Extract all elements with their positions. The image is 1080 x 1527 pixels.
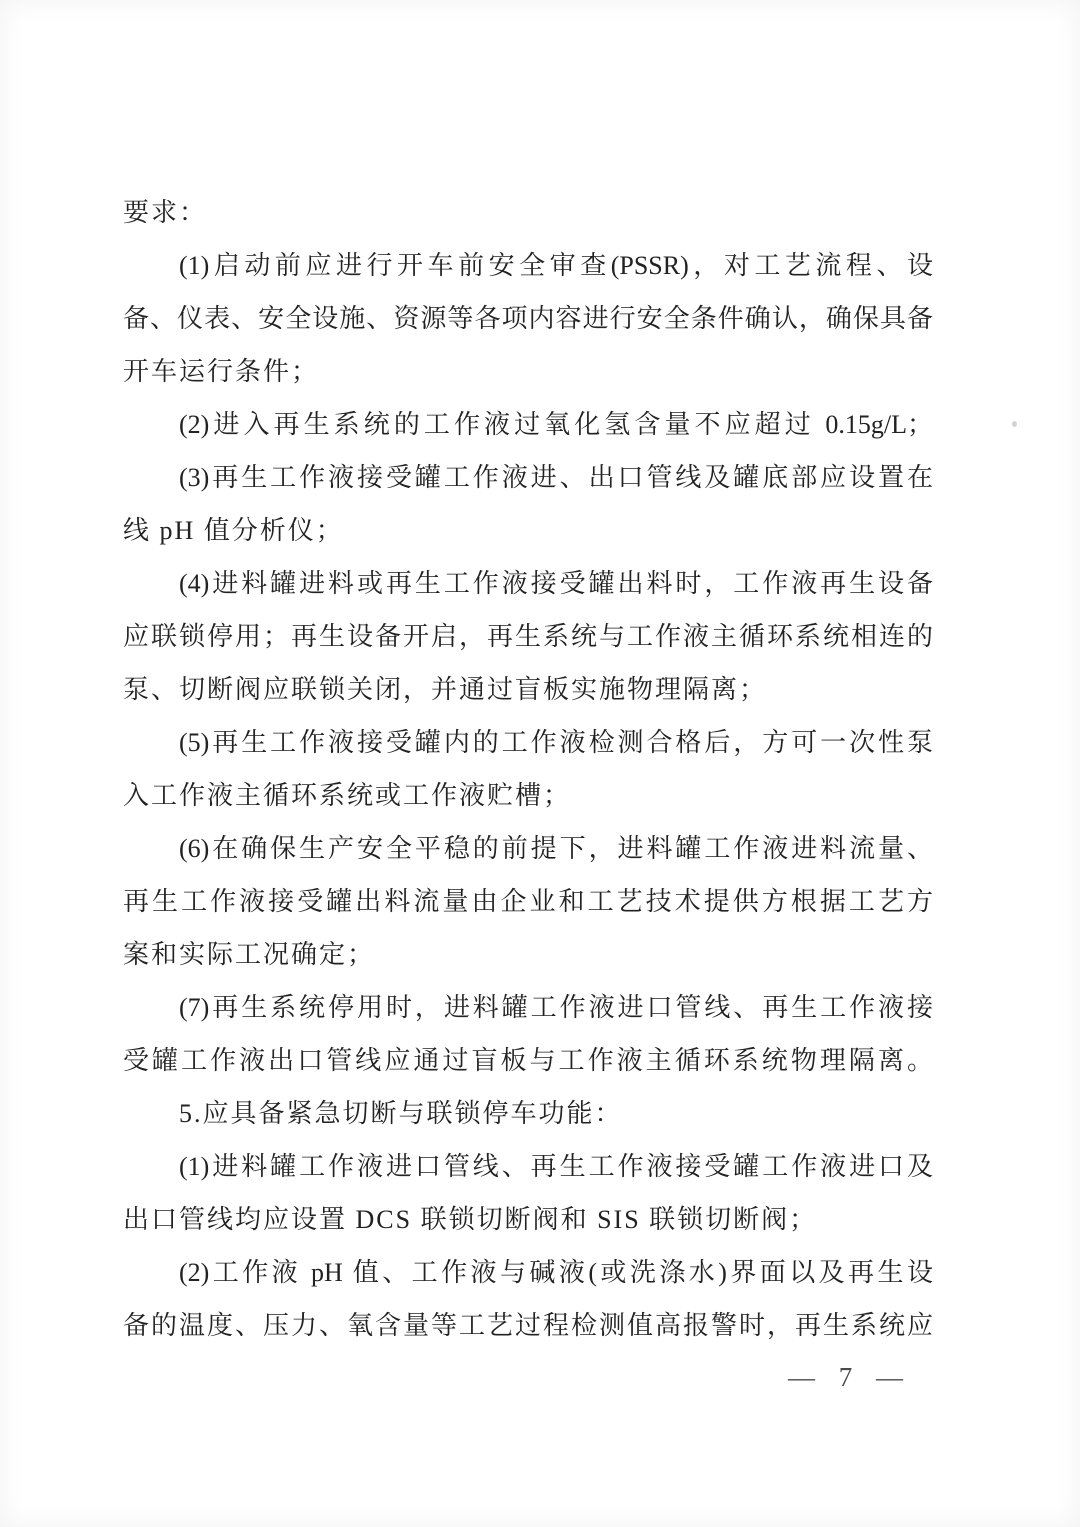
text-line: (2)工作液 pH 值、工作液与碱液(或洗涤水)界面以及再生设 — [123, 1246, 933, 1299]
text-line: 案和实际工况确定； — [123, 928, 933, 981]
text-line: 应联锁停用；再生设备开启，再生系统与工作液主循环系统相连的 — [123, 610, 933, 663]
document-page: 要求： (1)启动前应进行开车前安全审查(PSSR)，对工艺流程、设 备、仪表、… — [0, 0, 1080, 1527]
text-line: 5.应具备紧急切断与联锁停车功能： — [123, 1087, 933, 1140]
text-line: (4)进料罐进料或再生工作液接受罐出料时，工作液再生设备 — [123, 557, 933, 610]
text-line: 出口管线均应设置 DCS 联锁切断阀和 SIS 联锁切断阀； — [123, 1193, 933, 1246]
text-line: 备、仪表、安全设施、资源等各项内容进行安全条件确认，确保具备 — [123, 292, 933, 345]
text-line: (5)再生工作液接受罐内的工作液检测合格后，方可一次性泵 — [123, 716, 933, 769]
text-line: (1)启动前应进行开车前安全审查(PSSR)，对工艺流程、设 — [123, 239, 933, 292]
text-line: (2)进入再生系统的工作液过氧化氢含量不应超过 0.15g/L； — [123, 398, 933, 451]
text-line: (6)在确保生产安全平稳的前提下，进料罐工作液进料流量、 — [123, 822, 933, 875]
text-line: (3)再生工作液接受罐工作液进、出口管线及罐底部应设置在 — [123, 451, 933, 504]
scan-artifact-dot — [1012, 421, 1017, 427]
text-line: 再生工作液接受罐出料流量由企业和工艺技术提供方根据工艺方 — [123, 875, 933, 928]
text-line: 泵、切断阀应联锁关闭，并通过盲板实施物理隔离； — [123, 663, 933, 716]
text-line: 受罐工作液出口管线应通过盲板与工作液主循环系统物理隔离。 — [123, 1034, 933, 1087]
text-line: 备的温度、压力、氧含量等工艺过程检测值高报警时，再生系统应 — [123, 1299, 933, 1352]
text-block: 要求： (1)启动前应进行开车前安全审查(PSSR)，对工艺流程、设 备、仪表、… — [123, 186, 933, 1352]
text-line: (1)进料罐工作液进口管线、再生工作液接受罐工作液进口及 — [123, 1140, 933, 1193]
text-line: 开车运行条件； — [123, 345, 933, 398]
text-line: 要求： — [123, 186, 933, 239]
text-line: 线 pH 值分析仪； — [123, 504, 933, 557]
text-line: (7)再生系统停用时，进料罐工作液进口管线、再生工作液接 — [123, 981, 933, 1034]
text-line: 入工作液主循环系统或工作液贮槽； — [123, 769, 933, 822]
page-number: — 7 — — [788, 1360, 905, 1394]
